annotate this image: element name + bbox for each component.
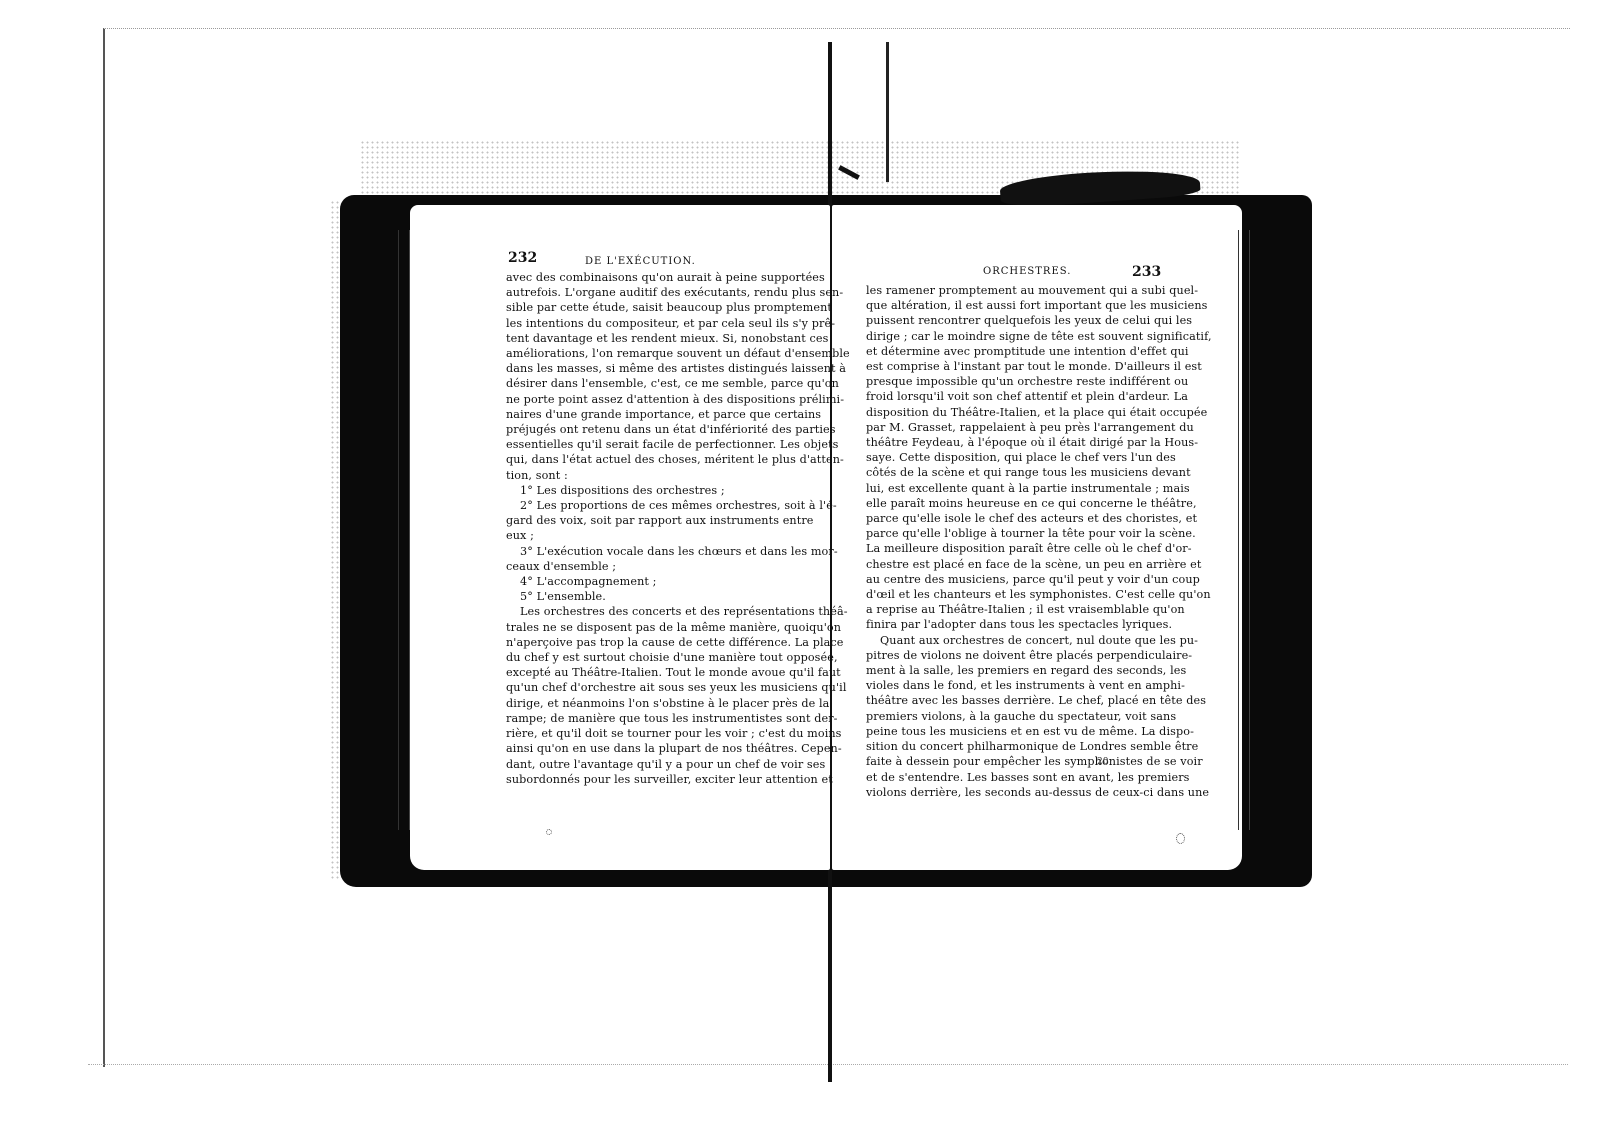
text-line: ceaux d'ensemble ; [506, 559, 800, 574]
text-line: Les orchestres des concerts et des repré… [506, 604, 800, 619]
text-line: les intentions du compositeur, et par ce… [506, 316, 800, 331]
text-line: théâtre Feydeau, à l'époque où il était … [866, 435, 1156, 450]
text-line: désirer dans l'ensemble, c'est, ce me se… [506, 376, 800, 391]
text-line: trales ne se disposent pas de la même ma… [506, 620, 800, 635]
text-line: 3° L'exécution vocale dans les chœurs et… [506, 544, 800, 559]
text-line: premiers violons, à la gauche du spectat… [866, 709, 1156, 724]
text-line: violons derrière, les seconds au-dessus … [866, 785, 1156, 800]
text-line: La meilleure disposition paraît être cel… [866, 541, 1156, 556]
text-line: et de s'entendre. Les basses sont en ava… [866, 770, 1156, 785]
text-line: rière, et qu'il doit se tourner pour les… [506, 726, 800, 741]
text-line: rampe; de manière que tous les instrumen… [506, 711, 800, 726]
text-line: théâtre avec les basses derrière. Le che… [866, 693, 1156, 708]
text-line: excepté au Théâtre-Italien. Tout le mond… [506, 665, 800, 680]
left-page-number: 232 [508, 250, 537, 266]
text-line: ainsi qu'on en use dans la plupart de no… [506, 741, 800, 756]
text-line: 2° Les proportions de ces mêmes orchestr… [506, 498, 800, 513]
text-line: violes dans le fond, et les instruments … [866, 678, 1156, 693]
signature-mark: 20 [1097, 757, 1108, 767]
text-line: dans les masses, si même des artistes di… [506, 361, 800, 376]
left-page-edge [398, 230, 410, 830]
text-line: 5° L'ensemble. [506, 589, 800, 604]
text-line: chestre est placé en face de la scène, u… [866, 557, 1156, 572]
text-line: du chef y est surtout choisie d'une mani… [506, 650, 800, 665]
text-line: froid lorsqu'il voit son chef attentif e… [866, 389, 1156, 404]
text-line: qu'un chef d'orchestre ait sous ses yeux… [506, 680, 800, 695]
spine-line-right [886, 42, 889, 182]
text-line: au centre des musiciens, parce qu'il peu… [866, 572, 1156, 587]
left-page-text: avec des combinaisons qu'on aurait à pei… [506, 270, 800, 787]
text-line: parce qu'elle isole le chef des acteurs … [866, 511, 1156, 526]
text-line: sition du concert philharmonique de Lond… [866, 739, 1156, 754]
text-line: gard des voix, soit par rapport aux inst… [506, 513, 800, 528]
text-line: côtés de la scène et qui range tous les … [866, 465, 1156, 480]
text-line: 1° Les dispositions des orchestres ; [506, 483, 800, 498]
text-line: subordonnés pour les surveiller, exciter… [506, 772, 800, 787]
text-line: les ramener promptement au mouvement qui… [866, 283, 1156, 298]
text-line: d'œil et les chanteurs et les symphonist… [866, 587, 1156, 602]
text-line: est comprise à l'instant par tout le mon… [866, 359, 1156, 374]
text-line: sible par cette étude, saisit beaucoup p… [506, 300, 800, 315]
text-line: peine tous les musiciens et en est vu de… [866, 724, 1156, 739]
left-running-head: DE L'EXÉCUTION. [585, 256, 696, 267]
right-page-edge [1238, 230, 1250, 830]
text-line: lui, est excellente quant à la partie in… [866, 481, 1156, 496]
text-line: tion, sont : [506, 468, 800, 483]
text-line: ment à la salle, les premiers en regard … [866, 663, 1156, 678]
text-line: autrefois. L'organe auditif des exécutan… [506, 285, 800, 300]
text-line: parce qu'elle l'oblige à tourner la tête… [866, 526, 1156, 541]
right-page-text: les ramener promptement au mouvement qui… [866, 283, 1156, 800]
text-line: ne porte point assez d'attention à des d… [506, 392, 800, 407]
right-running-head: ORCHESTRES. [983, 266, 1071, 277]
text-line: saye. Cette disposition, qui place le ch… [866, 450, 1156, 465]
text-line: n'aperçoive pas trop la cause de cette d… [506, 635, 800, 650]
text-line: dirige, et néanmoins l'on s'obstine à le… [506, 696, 800, 711]
text-line: tent davantage et les rendent mieux. Si,… [506, 331, 800, 346]
text-line: presque impossible qu'un orchestre reste… [866, 374, 1156, 389]
text-line: naires d'une grande importance, et parce… [506, 407, 800, 422]
text-line: dirige ; car le moindre signe de tête es… [866, 329, 1156, 344]
text-line: avec des combinaisons qu'on aurait à pei… [506, 270, 800, 285]
text-line: que altération, il est aussi fort import… [866, 298, 1156, 313]
text-line: eux ; [506, 528, 800, 543]
text-line: 4° L'accompagnement ; [506, 574, 800, 589]
stray-ink-mark [1176, 833, 1185, 844]
right-page-number: 233 [1132, 264, 1161, 280]
text-line: qui, dans l'état actuel des choses, méri… [506, 452, 800, 467]
text-line: améliorations, l'on remarque souvent un … [506, 346, 800, 361]
spine-tick-mark [838, 165, 860, 180]
text-line: préjugés ont retenu dans un état d'infér… [506, 422, 800, 437]
stray-ink-mark [546, 829, 552, 835]
text-line: elle paraît moins heureuse en ce qui con… [866, 496, 1156, 511]
text-line: finira par l'adopter dans tous les spect… [866, 617, 1156, 632]
text-line: faite à dessein pour empêcher les sympho… [866, 754, 1156, 769]
text-line: dant, outre l'avantage qu'il y a pour un… [506, 757, 800, 772]
text-line: et détermine avec promptitude une intent… [866, 344, 1156, 359]
text-line: disposition du Théâtre-Italien, et la pl… [866, 405, 1156, 420]
text-line: puissent rencontrer quelquefois les yeux… [866, 313, 1156, 328]
text-line: Quant aux orchestres de concert, nul dou… [866, 633, 1156, 648]
text-line: par M. Grasset, rappelaient à peu près l… [866, 420, 1156, 435]
text-line: essentielles qu'il serait facile de perf… [506, 437, 800, 452]
text-line: pitres de violons ne doivent être placés… [866, 648, 1156, 663]
text-line: a reprise au Théâtre-Italien ; il est vr… [866, 602, 1156, 617]
